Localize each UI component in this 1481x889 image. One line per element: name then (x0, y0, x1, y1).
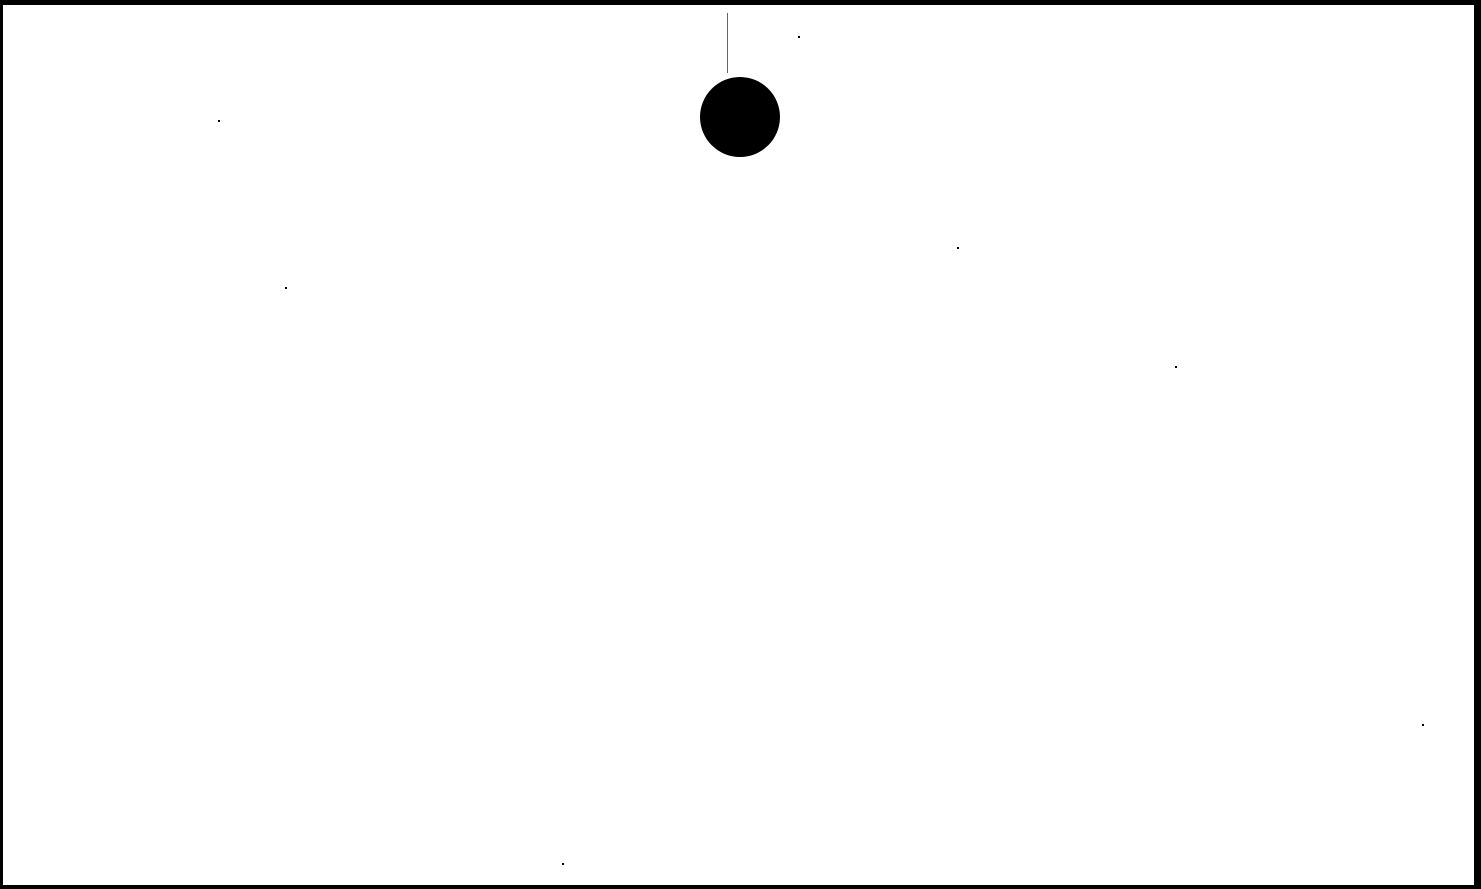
white-card (3, 5, 1474, 885)
speck (285, 287, 287, 289)
speck (1175, 366, 1177, 368)
speck (562, 863, 564, 865)
speck (957, 247, 959, 249)
speck (218, 120, 220, 122)
speck (798, 36, 800, 38)
black-dot (700, 77, 780, 157)
thin-mark (727, 13, 728, 73)
speck (1422, 724, 1424, 726)
